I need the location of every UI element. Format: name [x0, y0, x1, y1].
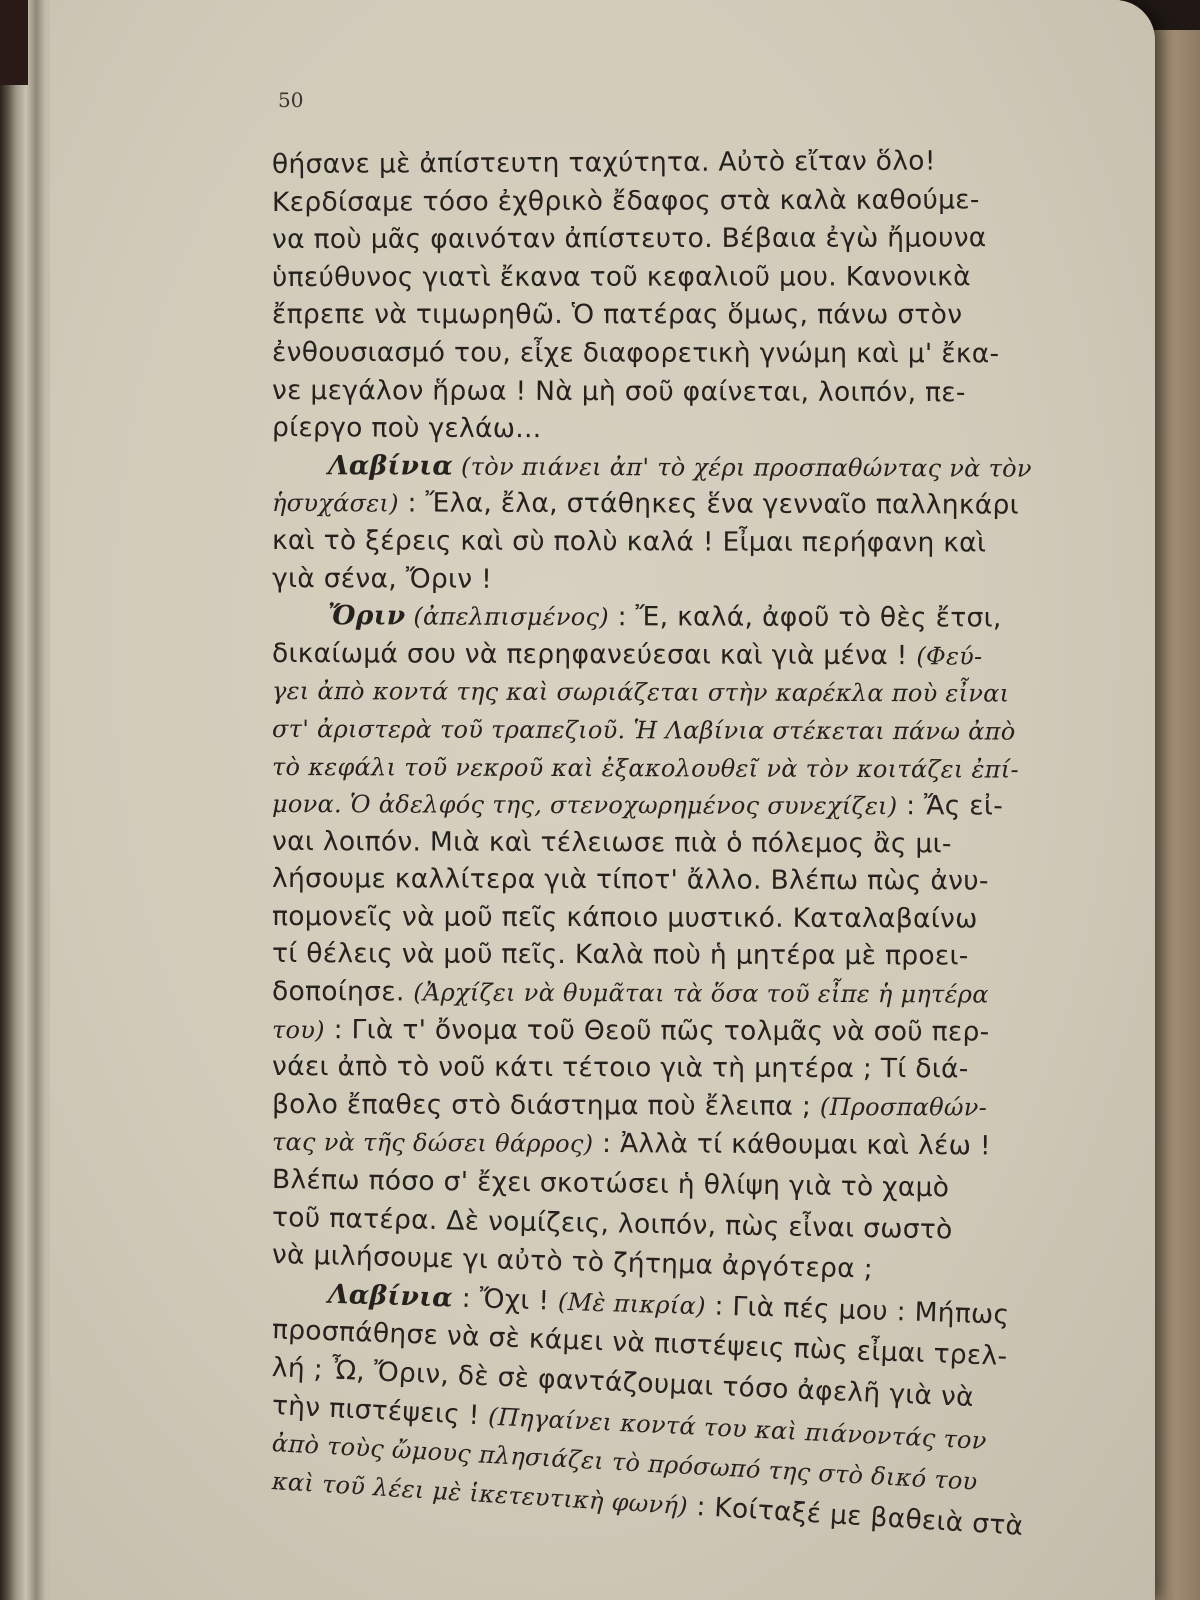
dialogue-text: Κερδίσαμε τόσο ἐχθρικὸ ἔδαφος στὰ καλὰ κ…: [272, 184, 980, 218]
book-page: 50 θήσανε μὲ ἀπίστευτη ταχύτητα. Αὐτὸ εἴ…: [50, 0, 1155, 1600]
dialogue-text: : Ἀλλὰ τί κάθουμαι καὶ λέω !: [593, 1128, 991, 1161]
text-line: ἡσυχάσει) : Ἔλα, ἔλα, στάθηκες ἕνα γεννα…: [272, 484, 1152, 525]
text-line: ἔπρεπε νὰ τιμωρηθῶ. Ὁ πατέρας ὅμως, πάνω…: [272, 296, 1152, 334]
stage-direction: γει ἀπὸ κοντά της καὶ σωριάζεται στὴν κα…: [272, 677, 1010, 708]
text-line: τί θέλεις νὰ μοῦ πεῖς. Καλὰ ποὺ ἡ μητέρα…: [272, 935, 1152, 976]
dialogue-text: ὑπεύθυνος γιατὶ ἔκανα τοῦ κεφαλιοῦ μου. …: [272, 261, 971, 293]
text-line: νάει ἀπὸ τὸ νοῦ κάτι τέτοιο γιὰ τὴ μητέρ…: [272, 1048, 1152, 1089]
dialogue-text: τί θέλεις νὰ μοῦ πεῖς. Καλὰ ποὺ ἡ μητέρα…: [272, 938, 969, 971]
text-line: νε μεγάλον ἥρωα ! Νὰ μὴ σοῦ φαίνεται, λο…: [272, 372, 1152, 412]
dialogue-text: ἐνθουσιασμό του, εἶχε διαφορετικὴ γνώμη …: [272, 337, 999, 369]
dialogue-text: : Ὄχι !: [453, 1282, 559, 1316]
text-line: δικαίωμά σου νὰ περηφανεύεσαι καὶ γιὰ μέ…: [272, 635, 1152, 676]
text-line: τας νὰ τῆς δώσει θάρρος) : Ἀλλὰ τί κάθου…: [272, 1123, 1152, 1166]
page-number: 50: [278, 88, 303, 112]
dialogue-text: γιὰ σένα, Ὄριν !: [272, 563, 492, 595]
text-line: στ' ἀριστερὰ τοῦ τραπεζιοῦ. Ἡ Λαβίνια στ…: [272, 710, 1152, 751]
text-line: τὸ κεφάλι τοῦ νεκροῦ καὶ ἐξακολουθεῖ νὰ …: [272, 748, 1152, 789]
dialogue-text: να ποὺ μᾶς φαινόταν ἀπίστευτο. Βέβαια ἐγ…: [272, 222, 987, 255]
dialogue-text: : Ἔ, καλά, ἀφοῦ τὸ θὲς ἔτσι,: [609, 601, 1002, 633]
stage-direction: του): [272, 1016, 325, 1044]
speaker-name: Ὄριν: [328, 600, 406, 631]
book-spine-edge: [0, 0, 50, 1600]
dialogue-text: ἔπρεπε νὰ τιμωρηθῶ. Ὁ πατέρας ὅμως, πάνω…: [272, 299, 962, 330]
page-text-body: θήσανε μὲ ἀπίστευτη ταχύτητα. Αὐτὸ εἴταν…: [272, 146, 1152, 1499]
background-dark-corner-left: [0, 0, 28, 85]
stage-direction: (Φεύ-: [916, 642, 982, 670]
dialogue-line-start: Ὄριν (ἀπελπισμένος) : Ἔ, καλά, ἀφοῦ τὸ θ…: [272, 597, 1152, 638]
text-line: ἐνθουσιασμό του, εἶχε διαφορετικὴ γνώμη …: [272, 334, 1152, 373]
text-line: Κερδίσαμε τόσο ἐχθρικὸ ἔδαφος στὰ καλὰ κ…: [272, 180, 1152, 221]
text-line: δοποίησε. (Ἀρχίζει νὰ θυμᾶται τὰ ὅσα τοῦ…: [272, 973, 1152, 1014]
text-line: ὑπεύθυνος γιατὶ ἔκανα τοῦ κεφαλιοῦ μου. …: [272, 258, 1152, 297]
dialogue-text: δοποίησε.: [272, 976, 413, 1007]
stage-direction: στ' ἀριστερὰ τοῦ τραπεζιοῦ. Ἡ Λαβίνια στ…: [272, 715, 1016, 746]
speaker-name: Λαβίνια: [328, 1279, 454, 1314]
text-line: του) : Γιὰ τ' ὄνομα τοῦ Θεοῦ πῶς τολμᾶς …: [272, 1011, 1152, 1052]
speaker-name: Λαβίνια: [328, 450, 453, 481]
stage-direction: τας νὰ τῆς δώσει θάρρος): [272, 1128, 594, 1158]
dialogue-text: νάει ἀπὸ τὸ νοῦ κάτι τέτοιο γιὰ τὴ μητέρ…: [272, 1051, 969, 1084]
stage-direction: (τὸν πιάνει ἀπ' τὸ χέρι προσπαθώντας νὰ …: [453, 452, 1032, 482]
stage-direction: (Προσπαθών-: [820, 1093, 987, 1122]
dialogue-text: καὶ τὸ ξέρεις καὶ σὺ πολὺ καλά ! Εἶμαι π…: [272, 525, 986, 558]
text-line: γιὰ σένα, Ὄριν !: [272, 560, 1152, 601]
dialogue-text: ρίεργο ποὺ γελάω...: [272, 412, 542, 444]
stage-direction: μονα. Ὁ ἀδελφός της, στενοχωρημένος συνε…: [272, 790, 898, 820]
dialogue-line-start: Λαβίνια (τὸν πιάνει ἀπ' τὸ χέρι προσπαθώ…: [272, 447, 1152, 488]
dialogue-text: : Ἔλα, ἔλα, στάθηκες ἕνα γενναῖο παλληκά…: [399, 488, 1019, 521]
stage-direction: (Μὲ πικρία): [558, 1288, 707, 1320]
dialogue-text: νε μεγάλον ἥρωα ! Νὰ μὴ σοῦ φαίνεται, λο…: [272, 375, 966, 408]
text-line: ναι λοιπόν. Μιὰ καὶ τέλειωσε πιὰ ὁ πόλεμ…: [272, 823, 1152, 864]
dialogue-text: : Γιὰ τ' ὄνομα τοῦ Θεοῦ πῶς τολμᾶς νὰ σο…: [325, 1014, 990, 1047]
dialogue-text: λήσουμε καλλίτερα γιὰ τίποτ' ἄλλο. Βλέπω…: [272, 863, 989, 897]
dialogue-text: πομονεῖς νὰ μοῦ πεῖς κάποιο μυστικό. Κατ…: [272, 901, 978, 934]
dialogue-text: Βλέπω πόσο σ' ἔχει σκοτώσει ἡ θλίψη γιὰ …: [272, 1164, 950, 1203]
stage-direction: τὸ κεφάλι τοῦ νεκροῦ καὶ ἐξακολουθεῖ νὰ …: [272, 753, 1019, 784]
stage-direction: (ἀπελπισμένος): [405, 603, 609, 632]
text-line: ρίεργο ποὺ γελάω...: [272, 409, 1152, 451]
text-line: να ποὺ μᾶς φαινόταν ἀπίστευτο. Βέβαια ἐγ…: [272, 219, 1152, 259]
text-line: λήσουμε καλλίτερα γιὰ τίποτ' ἄλλο. Βλέπω…: [272, 860, 1152, 901]
text-line: καὶ τὸ ξέρεις καὶ σὺ πολὺ καλά ! Εἶμαι π…: [272, 522, 1152, 563]
dialogue-text: ναι λοιπόν. Μιὰ καὶ τέλειωσε πιὰ ὁ πόλεμ…: [272, 826, 952, 859]
dialogue-text: βολο ἔπαθες στὸ διάστημα ποὺ ἔλειπα ;: [272, 1089, 820, 1122]
stage-direction: (Ἀρχίζει νὰ θυμᾶται τὰ ὅσα τοῦ εἶπε ἡ μη…: [413, 979, 989, 1009]
photo-scene: 50 θήσανε μὲ ἀπίστευτη ταχύτητα. Αὐτὸ εἴ…: [0, 0, 1200, 1600]
text-line: βολο ἔπαθες στὸ διάστημα ποὺ ἔλειπα ; (Π…: [272, 1086, 1152, 1127]
text-line: πομονεῖς νὰ μοῦ πεῖς κάποιο μυστικό. Κατ…: [272, 898, 1152, 939]
dialogue-text: θήσανε μὲ ἀπίστευτη ταχύτητα. Αὐτὸ εἴταν…: [272, 146, 936, 180]
stage-direction: ἡσυχάσει): [272, 489, 399, 517]
text-line: μονα. Ὁ ἀδελφός της, στενοχωρημένος συνε…: [272, 785, 1152, 826]
dialogue-text: : Ἄς εἰ-: [897, 790, 1003, 821]
text-line: γει ἀπὸ κοντά της καὶ σωριάζεται στὴν κα…: [272, 672, 1152, 713]
dialogue-text: δικαίωμά σου νὰ περηφανεύεσαι καὶ γιὰ μέ…: [272, 638, 916, 671]
text-line: θήσανε μὲ ἀπίστευτη ταχύτητα. Αὐτὸ εἴταν…: [272, 141, 1152, 183]
dialogue-text: : Γιὰ πές μου : Μήπως: [705, 1290, 1010, 1330]
